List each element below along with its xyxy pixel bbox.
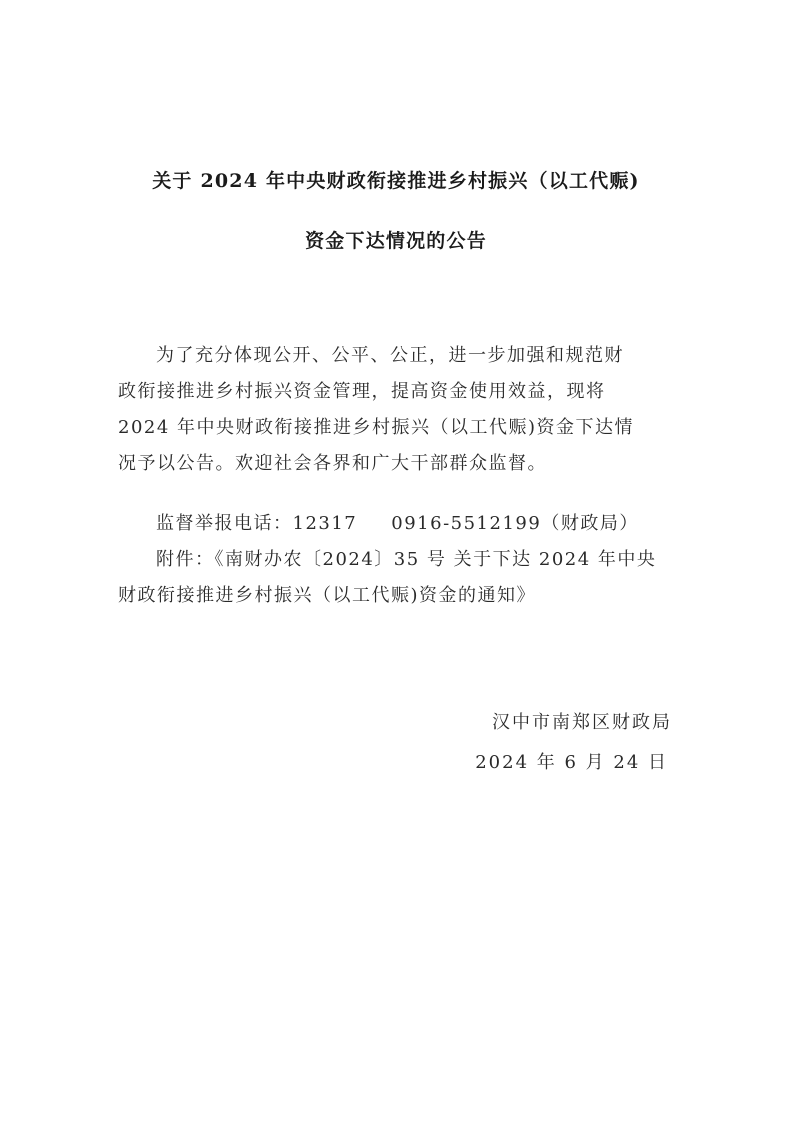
body-line-1: 为了充分体现公开、公平、公正，进一步加强和规范财 <box>118 338 674 374</box>
body-line-4: 况予以公告。欢迎社会各界和广大干部群众监督。 <box>118 446 674 482</box>
body-paragraph: 为了充分体现公开、公平、公正，进一步加强和规范财 政衔接推进乡村振兴资金管理，提… <box>118 338 674 482</box>
hotline-number-1: 12317 <box>293 513 358 534</box>
hotline-label: 监督举报电话： <box>156 513 293 534</box>
signature-organization: 汉中市南郑区财政局 <box>475 703 672 743</box>
signature-block: 汉中市南郑区财政局 2024 年 6 月 24 日 <box>475 703 672 783</box>
attachment-line-2: 财政衔接推进乡村振兴（以工代赈)资金的通知》 <box>118 578 674 614</box>
body-line-2: 政衔接推进乡村振兴资金管理，提高资金使用效益，现将 <box>118 374 674 410</box>
document-title-line-1: 关于 2024 年中央财政衔接推进乡村振兴（以工代赈) <box>0 166 792 193</box>
document-title-line-2: 资金下达情况的公告 <box>0 226 792 253</box>
hotline-line: 监督举报电话：123170916-5512199（财政局） <box>118 506 674 542</box>
attachment-line-1: 附件：《南财办农〔2024〕35 号 关于下达 2024 年中央 <box>118 542 674 578</box>
document-page: 关于 2024 年中央财政衔接推进乡村振兴（以工代赈) 资金下达情况的公告 为了… <box>0 0 792 1121</box>
hotline-number-2: 0916-5512199 <box>391 513 541 534</box>
signature-date: 2024 年 6 月 24 日 <box>475 743 672 783</box>
body-line-3: 2024 年中央财政衔接推进乡村振兴（以工代赈)资金下达情 <box>118 410 674 446</box>
attachment-paragraph: 附件：《南财办农〔2024〕35 号 关于下达 2024 年中央 财政衔接推进乡… <box>118 542 674 614</box>
hotline-agency: （财政局） <box>541 513 639 534</box>
